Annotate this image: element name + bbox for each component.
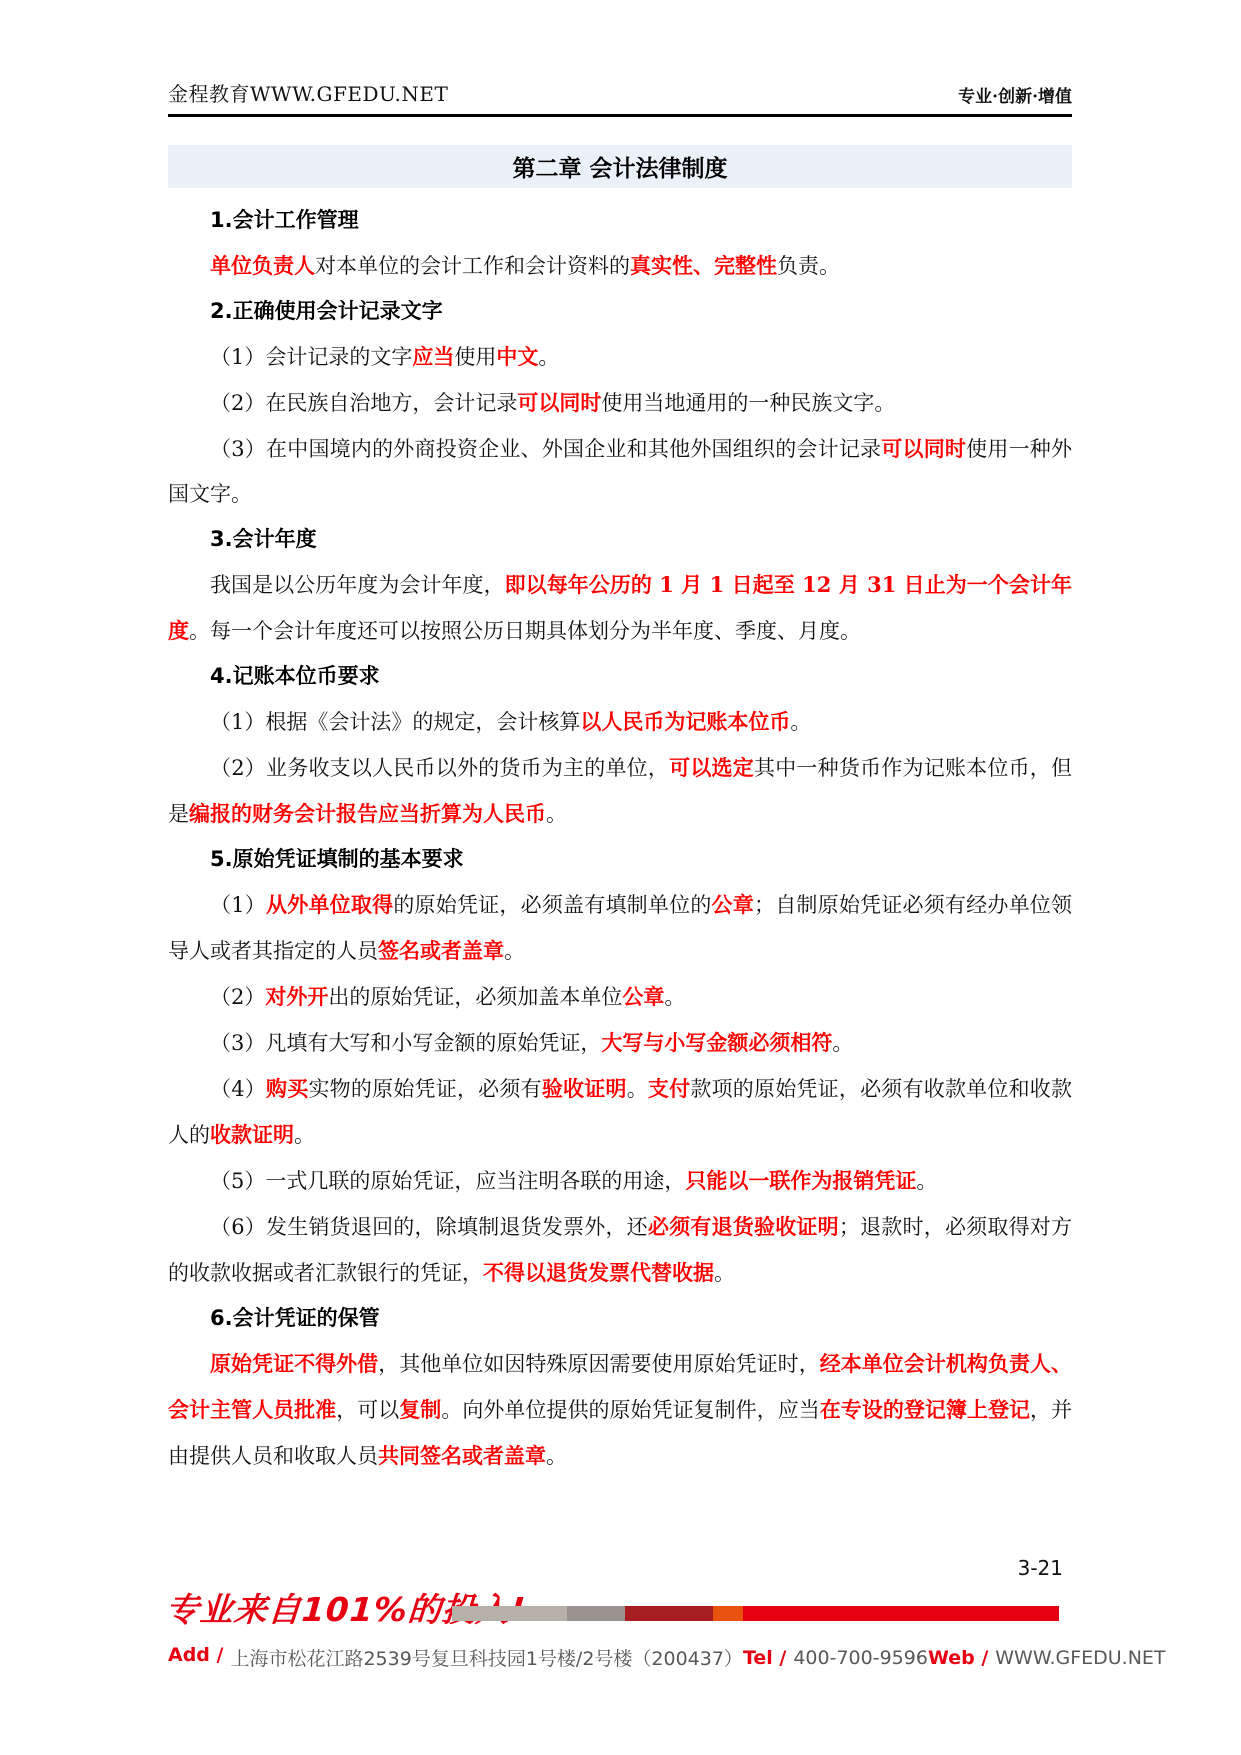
paragraph: （6）发生销货退回的，除填制退货发票外，还必须有退货验收证明；退款时，必须取得对… — [168, 1204, 1072, 1296]
section-heading: 3.会计年度 — [168, 517, 1072, 562]
highlight-text: 必须有退货验收证明 — [648, 1214, 839, 1239]
body-text: 5.原始凭证填制的基本要求 — [210, 847, 464, 871]
paragraph: （2）业务收支以人民币以外的货币为主的单位，可以选定其中一种货币作为记账本位币，… — [168, 745, 1072, 837]
address-text: 上海市松花江路2539号复旦科技园1号楼/2号楼（200437） — [230, 1644, 742, 1671]
highlight-text: 可以选定 — [669, 755, 754, 780]
chapter-title-bar: 第二章 会计法律制度 — [168, 145, 1072, 188]
body-text: 。 — [714, 1261, 735, 1285]
brand-text: 金程教育WWW.GFEDU.NET — [168, 78, 448, 107]
page-number: 3-21 — [1018, 1556, 1063, 1580]
body-text: 。 — [504, 939, 525, 963]
body-text: 。 — [546, 802, 567, 826]
highlight-text: 支付 — [648, 1076, 690, 1101]
body-text: 使用当地通用的一种民族文字。 — [601, 391, 895, 415]
highlight-text: 公章 — [712, 892, 754, 917]
paragraph: （4）购买实物的原始凭证，必须有验收证明。支付款项的原始凭证，必须有收款单位和收… — [168, 1066, 1072, 1158]
paragraph: 原始凭证不得外借，其他单位如因特殊原因需要使用原始凭证时，经本单位会计机构负责人… — [168, 1341, 1072, 1479]
highlight-text: 原始凭证不得外借 — [210, 1351, 378, 1376]
body-text: （1）根据《会计法》的规定，会计核算 — [210, 710, 580, 734]
body-text: 4.记账本位币要求 — [210, 664, 380, 688]
web-label: Web / — [928, 1647, 988, 1669]
chapter-title: 第二章 会计法律制度 — [512, 150, 727, 183]
bar-segment — [743, 1606, 1059, 1621]
body-text: 6.会计凭证的保管 — [210, 1306, 380, 1330]
highlight-text: 共同签名或者盖章 — [378, 1443, 546, 1468]
body-text: ，其他单位如因特殊原因需要使用原始凭证时， — [378, 1352, 820, 1376]
bar-segment — [452, 1606, 567, 1621]
paragraph: （1）根据《会计法》的规定，会计核算以人民币为记账本位币。 — [168, 699, 1072, 745]
highlight-text: 验收证明 — [542, 1076, 627, 1101]
body-text: 使用 — [454, 345, 496, 369]
highlight-text: 对外开 — [265, 984, 328, 1009]
paragraph: （5）一式几联的原始凭证，应当注明各联的用途，只能以一联作为报销凭证。 — [168, 1158, 1072, 1204]
body-text: （2）在民族自治地方，会计记录 — [210, 391, 517, 415]
web-text: WWW.GFEDU.NET — [995, 1647, 1165, 1669]
section-heading: 4.记账本位币要求 — [168, 654, 1072, 699]
tel-label: Tel / — [743, 1647, 786, 1669]
body-text: （5）一式几联的原始凭证，应当注明各联的用途， — [210, 1169, 685, 1193]
tel-group: Tel / 400-700-9596 — [743, 1647, 928, 1669]
bar-segment — [713, 1606, 743, 1621]
highlight-text: 公章 — [622, 984, 664, 1009]
body-text: （3）在中国境内的外商投资企业、外国企业和其他外国组织的会计记录 — [210, 437, 881, 461]
highlight-text: 以人民币为记账本位币 — [580, 709, 790, 734]
address-group: Add / 上海市松花江路2539号复旦科技园1号楼/2号楼（200437） — [168, 1644, 743, 1671]
paragraph: 单位负责人对本单位的会计工作和会计资料的真实性、完整性负责。 — [168, 243, 1072, 289]
highlight-text: 只能以一联作为报销凭证 — [685, 1168, 916, 1193]
body-text: 我国是以公历年度为会计年度， — [210, 573, 505, 597]
footer-address-row: Add / 上海市松花江路2539号复旦科技园1号楼/2号楼（200437） T… — [168, 1644, 1072, 1671]
bar-segment — [625, 1606, 713, 1621]
highlight-text: 中文 — [496, 344, 538, 369]
paragraph: 我国是以公历年度为会计年度，即以每年公历的 1 月 1 日起至 12 月 31 … — [168, 562, 1072, 654]
body-text: （1）会计记录的文字 — [210, 345, 412, 369]
body-text: 负责。 — [777, 254, 840, 278]
body-text: 。 — [538, 345, 559, 369]
body-text: 。 — [546, 1444, 567, 1468]
paragraph: （2）对外开出的原始凭证，必须加盖本单位公章。 — [168, 974, 1072, 1020]
highlight-text: 购买 — [266, 1076, 308, 1101]
body-text: 。每一个会计年度还可以按照公历日期具体划分为半年度、季度、月度。 — [189, 619, 861, 643]
paragraph: （1）从外单位取得的原始凭证，必须盖有填制单位的公章；自制原始凭证必须有经办单位… — [168, 882, 1072, 974]
highlight-text: 在专设的登记簿上登记 — [820, 1397, 1030, 1422]
section-heading: 6.会计凭证的保管 — [168, 1296, 1072, 1341]
highlight-text: 应当 — [412, 344, 454, 369]
body-text: 。 — [627, 1077, 648, 1101]
content: 1.会计工作管理单位负责人对本单位的会计工作和会计资料的真实性、完整性负责。2.… — [168, 198, 1072, 1479]
body-text: 的原始凭证，必须盖有填制单位的 — [393, 893, 711, 917]
section-heading: 5.原始凭证填制的基本要求 — [168, 837, 1072, 882]
paragraph: （2）在民族自治地方，会计记录可以同时使用当地通用的一种民族文字。 — [168, 380, 1072, 426]
tel-text: 400-700-9596 — [793, 1647, 928, 1669]
highlight-text: 从外单位取得 — [266, 892, 393, 917]
body-text: （2） — [210, 985, 265, 1009]
body-text: 。 — [832, 1031, 853, 1055]
address-label: Add / — [168, 1644, 223, 1671]
body-text: 实物的原始凭证，必须有 — [308, 1077, 541, 1101]
highlight-text: 收款证明 — [210, 1122, 294, 1147]
body-text: （2）业务收支以人民币以外的货币为主的单位， — [210, 756, 669, 780]
web-group: Web / WWW.GFEDU.NET — [928, 1647, 1166, 1669]
paragraph: （3）在中国境内的外商投资企业、外国企业和其他外国组织的会计记录可以同时使用一种… — [168, 426, 1072, 517]
body-text: （1） — [210, 893, 266, 917]
body-text: 。 — [294, 1123, 315, 1147]
body-text: 对本单位的会计工作和会计资料的 — [315, 254, 630, 278]
highlight-text: 签名或者盖章 — [378, 938, 504, 963]
highlight-text: 可以同时 — [517, 390, 601, 415]
body-text: （6）发生销货退回的，除填制退货发票外，还 — [210, 1215, 648, 1239]
highlight-text: 真实性、完整性 — [630, 253, 777, 278]
paragraph: （1）会计记录的文字应当使用中文。 — [168, 334, 1072, 380]
body-text: （3）凡填有大写和小写金额的原始凭证， — [210, 1031, 601, 1055]
header-slogan: 专业·创新·增值 — [958, 82, 1072, 107]
highlight-text: 编报的财务会计报告应当折算为人民币 — [189, 801, 546, 826]
body-text: 3.会计年度 — [210, 527, 317, 551]
body-text: 1.会计工作管理 — [210, 208, 359, 232]
highlight-text: 不得以退货发票代替收据 — [483, 1260, 714, 1285]
document-header: 金程教育WWW.GFEDU.NET 专业·创新·增值 — [168, 78, 1072, 117]
section-heading: 1.会计工作管理 — [168, 198, 1072, 243]
body-text: 。 — [664, 985, 685, 1009]
highlight-text: 大写与小写金额必须相符 — [601, 1030, 832, 1055]
highlight-text: 复制 — [399, 1397, 441, 1422]
body-text: 2.正确使用会计记录文字 — [210, 299, 443, 323]
highlight-text: 可以同时 — [881, 436, 966, 461]
body-text: （4） — [210, 1077, 266, 1101]
bar-segment — [567, 1606, 625, 1621]
body-text: 。 — [790, 710, 811, 734]
body-text: ，可以 — [336, 1398, 399, 1422]
footer-color-bar — [452, 1606, 1059, 1621]
section-heading: 2.正确使用会计记录文字 — [168, 289, 1072, 334]
body-text: 。向外单位提供的原始凭证复制件，应当 — [441, 1398, 819, 1422]
body-text: 出的原始凭证，必须加盖本单位 — [328, 985, 622, 1009]
document-page: 金程教育WWW.GFEDU.NET 专业·创新·增值 第二章 会计法律制度 1.… — [0, 0, 1241, 1755]
highlight-text: 单位负责人 — [210, 253, 315, 278]
paragraph: （3）凡填有大写和小写金额的原始凭证，大写与小写金额必须相符。 — [168, 1020, 1072, 1066]
body-text: 。 — [916, 1169, 937, 1193]
